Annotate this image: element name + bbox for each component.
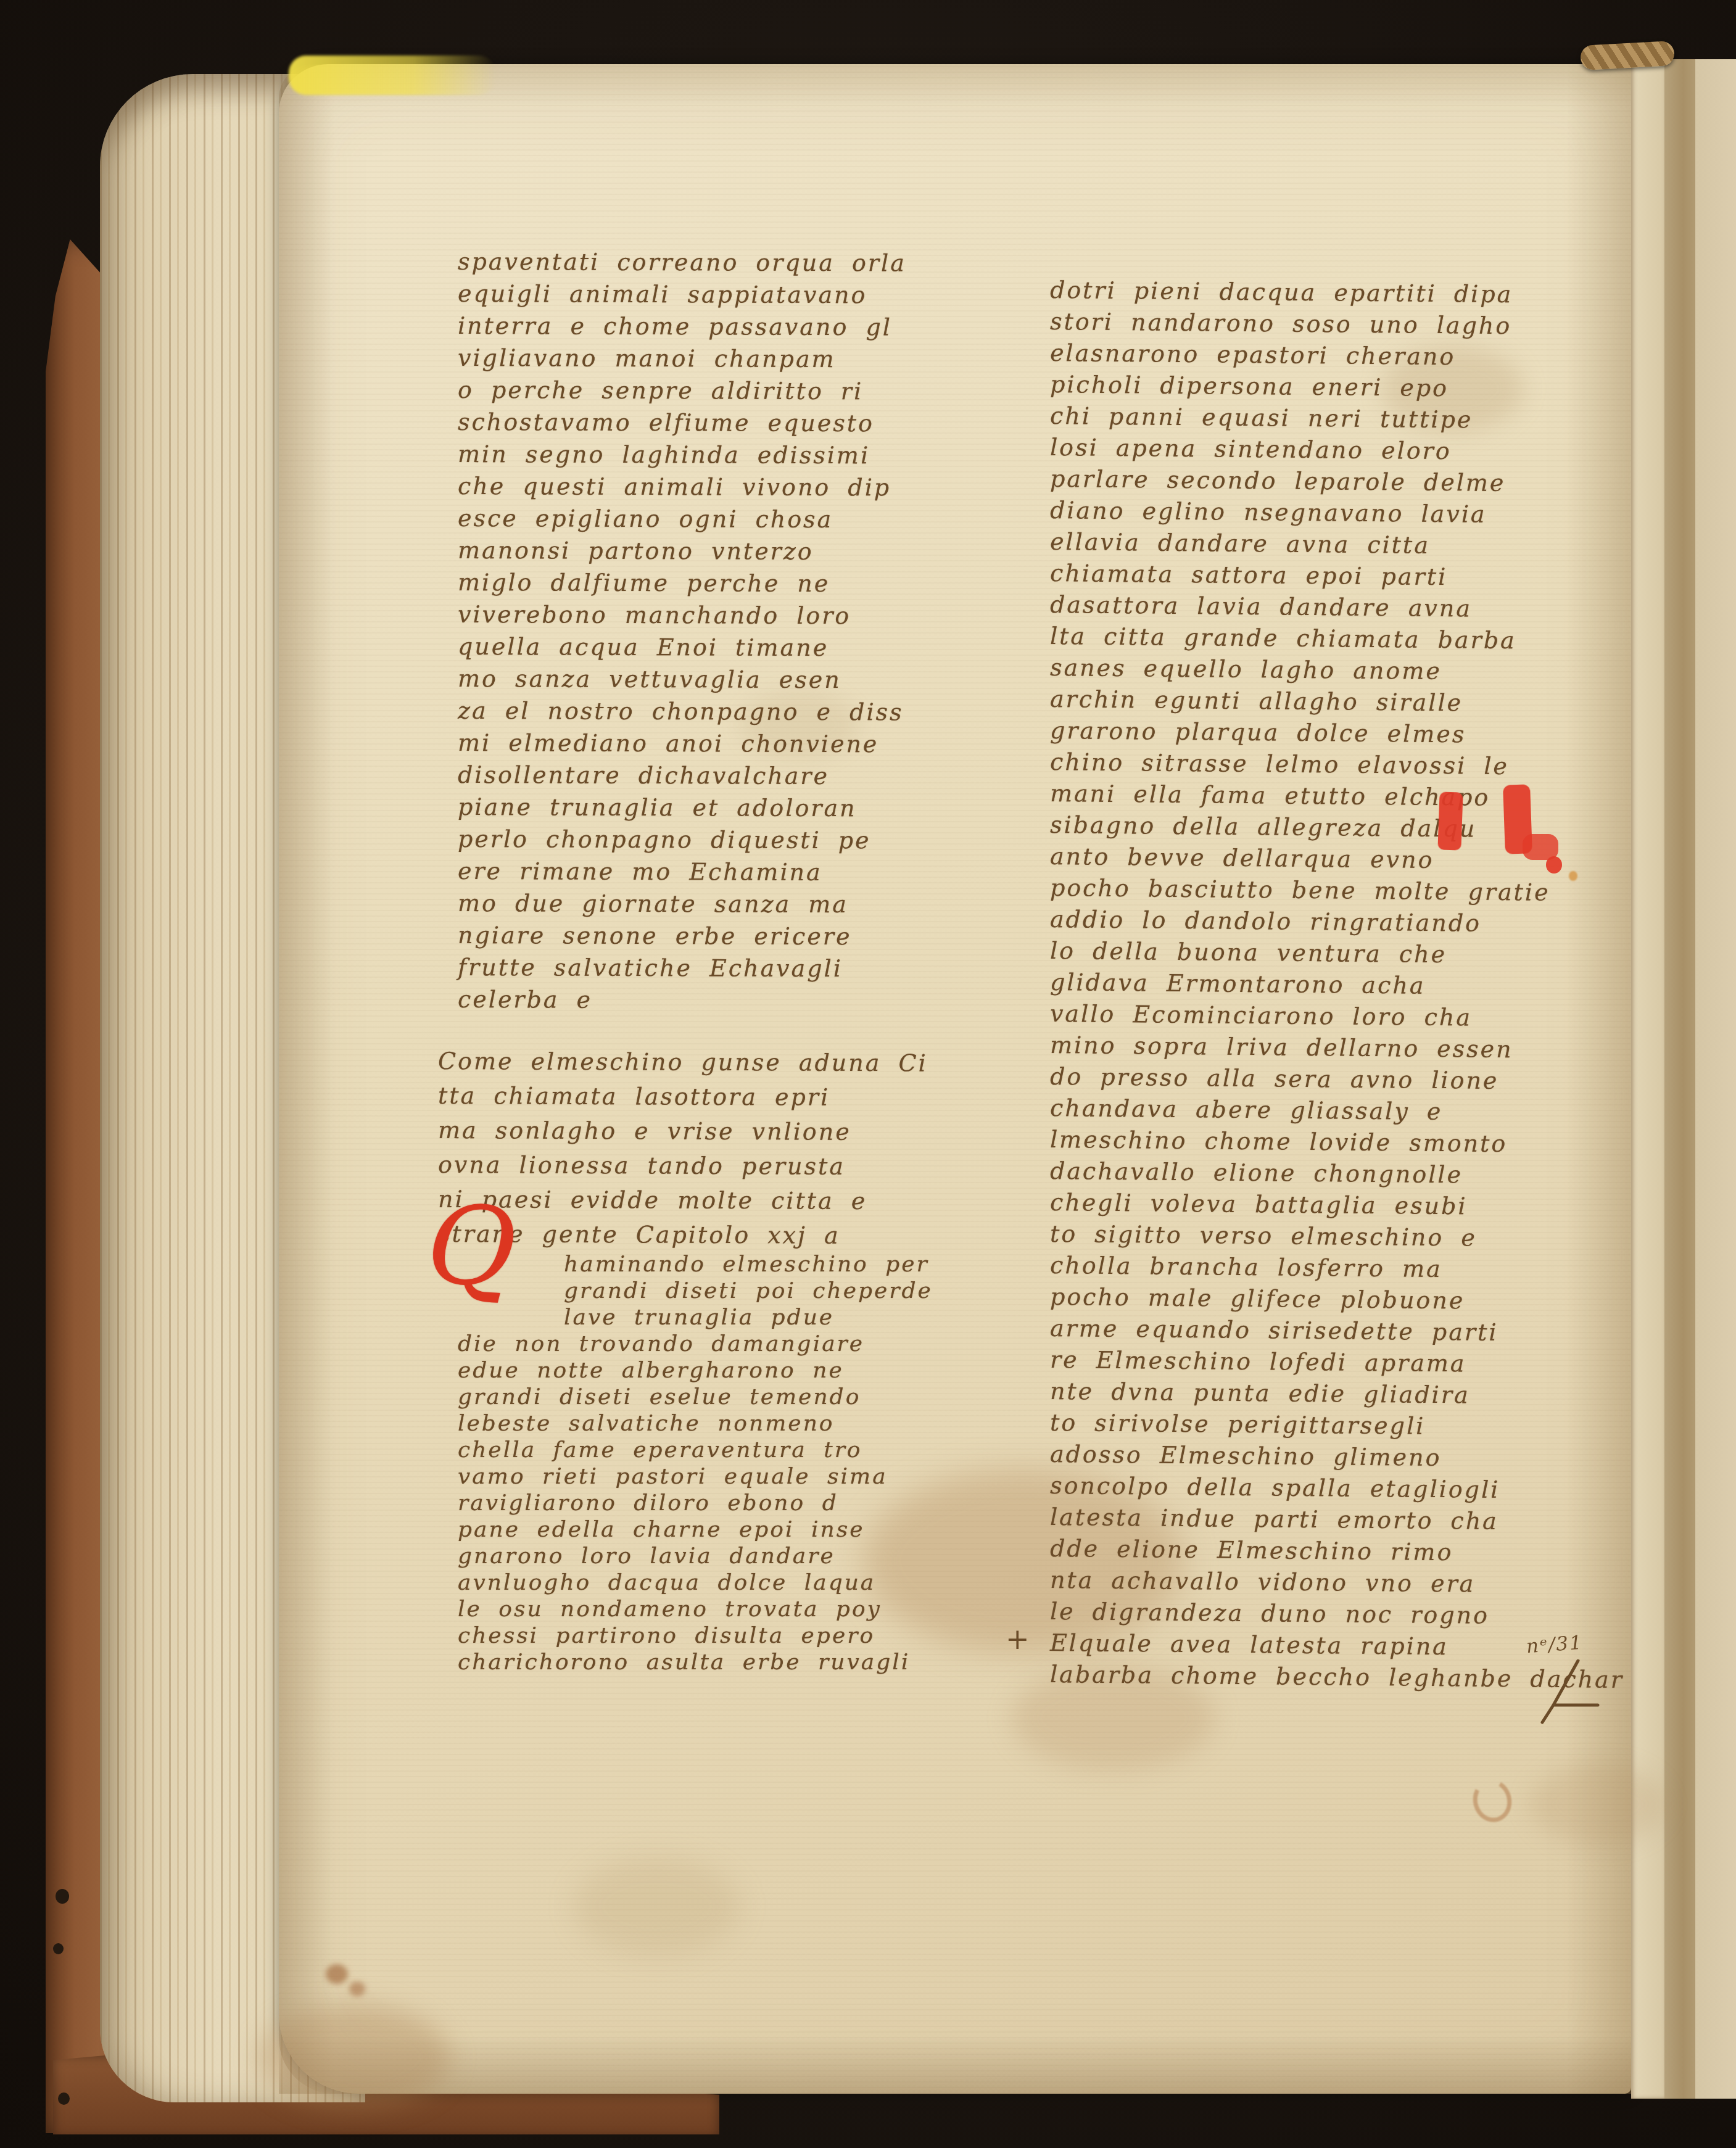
text-line: tta chiamata lasottora epri [438, 1078, 928, 1115]
text-line: chella fame eperaventura tro [458, 1437, 933, 1463]
gutter-fold [1631, 59, 1664, 2099]
text-line: stori nandarono soso uno lagho [1050, 306, 1624, 343]
text-line: za el nostro chonpagno e diss [458, 695, 906, 729]
text-line: nta achavallo vidono vno era [1050, 1564, 1624, 1601]
text-line: dachavallo elione chongnolle [1050, 1155, 1624, 1192]
text-line: chiamata sattora epoi parti [1050, 558, 1624, 595]
text-line: cholla brancha losferro ma [1050, 1250, 1624, 1287]
photo-background: spaventati correano orqua orlaequigli an… [0, 0, 1736, 2148]
text-line: glidava Ermontarono acha [1050, 967, 1624, 1004]
text-line: grarono plarqua dolce elmes [1050, 715, 1624, 752]
text-line: Come elmeschino gunse aduna Ci [438, 1044, 928, 1080]
text-line: edue notte albergharono ne [458, 1357, 933, 1384]
text-line: mo due giornate sanza ma [458, 887, 906, 921]
text-line: interra e chome passavano gl [458, 310, 906, 344]
text-line: ovna lionessa tando perusta [438, 1147, 928, 1184]
text-line: lave trunaglia pdue [564, 1304, 933, 1331]
left-chapter-text: haminando elmeschino pergrandi diseti po… [458, 1251, 933, 1675]
text-line: che questi animali vivono dip [458, 470, 906, 504]
text-line: chi panni equasi neri tuttipe [1050, 400, 1624, 437]
worm-hole [53, 1943, 64, 1954]
text-line: equigli animali sappiatavano [458, 278, 906, 312]
worm-hole [56, 1889, 69, 1904]
text-line: min segno laghinda edissimi [458, 438, 906, 472]
text-line: losi apena sintendano eloro [1050, 432, 1624, 469]
text-line: ravigliarono diloro ebono d [458, 1490, 933, 1516]
text-line: chino sitrasse lelmo elavossi le [1050, 746, 1624, 783]
text-line: adosso Elmeschino glimeno [1050, 1439, 1624, 1476]
text-line: lebeste salvatiche nonmeno [458, 1410, 933, 1437]
text-line: le osu nondameno trovata poy [458, 1596, 933, 1622]
text-line: lmeschino chome lovide smonto [1050, 1124, 1624, 1161]
text-line: chegli voleva battaglia esubi [1050, 1187, 1624, 1224]
text-line: manonsi partono vnterzo [458, 534, 906, 568]
worm-hole [58, 2092, 70, 2105]
catchword-flourish [1537, 1659, 1624, 1727]
text-line: re Elmeschino lofedi aprama [1050, 1344, 1624, 1381]
text-line: nte dvna punta edie gliadira [1050, 1376, 1624, 1413]
text-line: chessi partirono disulta epero [458, 1622, 933, 1649]
text-line: chandava abere gliassaly e [1050, 1093, 1624, 1130]
text-line: o perche senpre aldiritto ri [458, 374, 906, 408]
text-line: mi elmediano anoi chonviene [458, 727, 906, 761]
text-line: elasnarono epastori cherano [1050, 337, 1624, 374]
text-line: ellavia dandare avna citta [1050, 526, 1624, 563]
text-line: miglo dalfiume perche ne [458, 566, 906, 600]
gutter-fold-shadow [1664, 59, 1695, 2099]
text-line: soncolpo della spalla etagliogli [1050, 1470, 1624, 1507]
text-line: pocho basciutto bene molte gratie [1050, 872, 1624, 909]
text-line: esce epigliano ogni chosa [458, 502, 906, 536]
text-line: vamo rieti pastori equale sima [458, 1463, 933, 1490]
text-line: mani ella fama etutto elchapo [1050, 778, 1624, 815]
text-line: latesta indue parti emorto cha [1050, 1502, 1624, 1539]
text-line: gnarono loro lavia dandare [458, 1543, 933, 1569]
left-text-column: spaventati correano orqua orlaequigli an… [458, 246, 906, 1015]
text-line: picholi dipersona eneri epo [1050, 369, 1624, 406]
text-line: haminando elmeschino per [564, 1251, 933, 1278]
text-line: vigliavano manoi chanpam [458, 342, 906, 376]
text-line: to sirivolse perigittarsegli [1050, 1407, 1624, 1444]
text-line: charichorono asulta erbe ruvagli [458, 1649, 933, 1675]
text-line: ma sonlagho e vrise vnlione [438, 1113, 928, 1149]
text-line: ngiare senone erbe ericere [458, 919, 906, 953]
text-line: pane edella charne epoi inse [458, 1516, 933, 1543]
text-line: dotri pieni dacqua epartiti dipa [1050, 275, 1624, 312]
headband-sewing [1580, 41, 1675, 70]
text-line: celerba e [458, 983, 906, 1017]
text-line: viverebono manchando loro [458, 598, 906, 632]
text-line: lta citta grande chiamata barba [1050, 621, 1624, 658]
text-line: ere rimane mo Echamina [458, 855, 906, 889]
text-line: mo sanza vettuvaglia esen [458, 663, 906, 696]
text-line: vallo Ecominciarono loro cha [1050, 998, 1624, 1035]
text-line: piane trunaglia et adoloran [458, 791, 906, 825]
yellow-edge-mark [289, 56, 496, 95]
text-line: grandi diseti poi cheperde [564, 1278, 933, 1304]
text-line: pocho male glifece plobuone [1050, 1281, 1624, 1318]
text-line: disollentare dichavalchare [458, 759, 906, 793]
text-line: archin egunti allagho siralle [1050, 684, 1624, 721]
text-line: le digrandeza duno noc rogno [1050, 1596, 1624, 1633]
text-line: dde elione Elmeschino rimo [1050, 1533, 1624, 1570]
text-line: parlare secondo leparole delme [1050, 463, 1624, 500]
text-line: perlo chonpagno diquesti pe [458, 823, 906, 857]
right-text-column: dotri pieni dacqua epartiti dipastori na… [1050, 275, 1624, 1690]
red-offset-stain [1437, 791, 1463, 850]
text-line: arme equando sirisedette parti [1050, 1313, 1624, 1350]
next-page-edge [1695, 59, 1736, 2099]
text-line: sanes equello lagho anome [1050, 652, 1624, 689]
text-line: mino sopra lriva dellarno essen [1050, 1030, 1624, 1067]
margin-cross-mark: + [1006, 1622, 1030, 1656]
text-line: lo della buona ventura che [1050, 935, 1624, 972]
text-line: to sigitto verso elmeschino e [1050, 1218, 1624, 1255]
text-line: dasattora lavia dandare avna [1050, 589, 1624, 626]
text-line: avnluogho dacqua dolce laqua [458, 1569, 933, 1596]
text-line: diano eglino nsegnavano lavia [1050, 495, 1624, 532]
text-line: do presso alla sera avno lione [1050, 1061, 1624, 1098]
red-offset-stain [1546, 856, 1562, 874]
text-line: spaventati correano orqua orla [458, 246, 906, 279]
text-line: frutte salvatiche Echavagli [458, 951, 906, 985]
text-line: grandi diseti eselue temendo [458, 1384, 933, 1410]
text-line: quella acqua Enoi timane [458, 630, 906, 664]
text-line: addio lo dandolo ringratiando [1050, 904, 1624, 941]
text-line: schostavamo elfiume equesto [458, 406, 906, 440]
text-line: die non trovando damangiare [458, 1331, 933, 1357]
catchword-note: nᵉ/31 [1526, 1632, 1584, 1658]
